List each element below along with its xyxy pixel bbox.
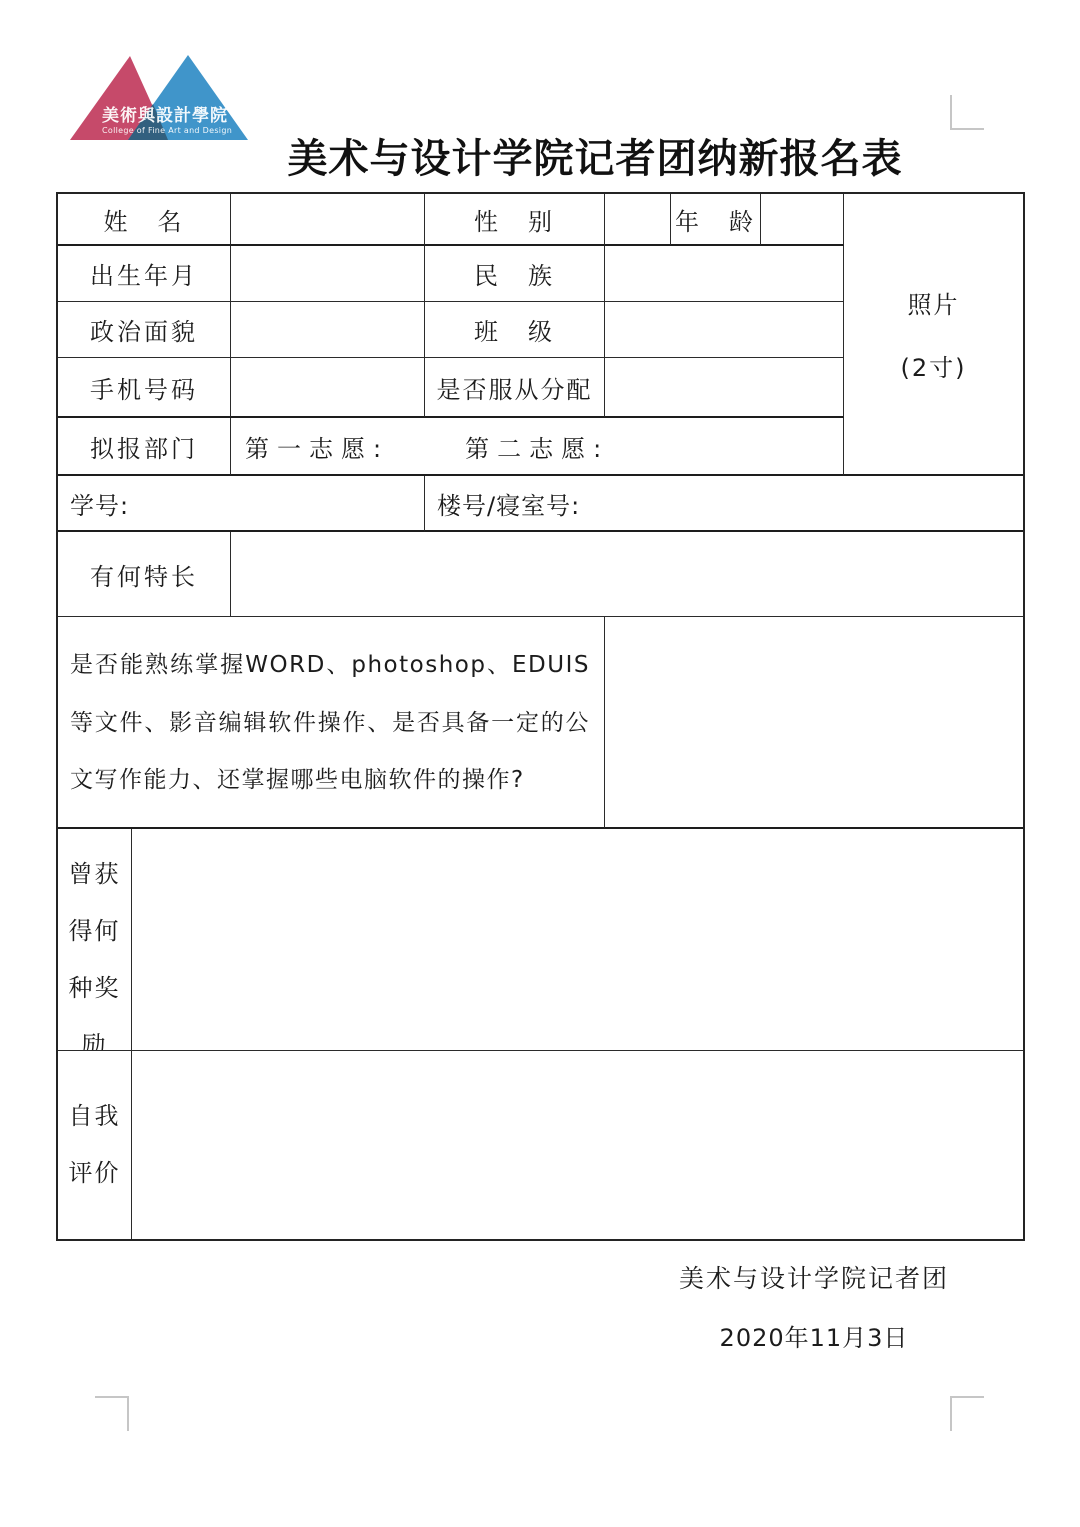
crop-mark-top-right	[950, 95, 984, 130]
crop-mark-bottom-right	[950, 1396, 984, 1431]
logo-name-cn: 美術與設計學院	[102, 107, 242, 126]
birth-label: 出生年月	[58, 246, 231, 302]
photo-size-label: (2寸)	[901, 348, 967, 383]
birth-input-cell[interactable]	[231, 246, 425, 302]
software-skills-answer-cell[interactable]	[605, 617, 1023, 829]
footer-date: 2020年11月3日	[604, 1318, 1024, 1353]
logo-name-en: College of Fine Art and Design	[102, 126, 242, 135]
college-logo: 美術與設計學院 College of Fine Art and Design	[68, 53, 250, 143]
awards-label: 曾获得何种奖励	[58, 829, 132, 1051]
department-choices-cell[interactable]: 第一志愿: 第二志愿:	[231, 418, 844, 476]
crop-mark-bottom-left	[95, 1396, 129, 1431]
class-input-cell[interactable]	[605, 302, 844, 358]
name-input-cell[interactable]	[231, 194, 425, 246]
phone-label: 手机号码	[58, 358, 231, 418]
application-form-table: 姓 名 性 别 年 龄 照片 (2寸) 出生年月 民 族 政治面貌 班 级 手机…	[56, 192, 1025, 1241]
photo-cell[interactable]: 照片 (2寸)	[844, 194, 1023, 476]
first-choice-label: 第一志愿:	[245, 429, 389, 464]
age-input-cell[interactable]	[761, 194, 844, 246]
political-status-input-cell[interactable]	[231, 302, 425, 358]
obey-assignment-input-cell[interactable]	[605, 358, 844, 418]
phone-input-cell[interactable]	[231, 358, 425, 418]
awards-input-cell[interactable]	[132, 829, 1023, 1051]
ethnic-label: 民 族	[425, 246, 605, 302]
obey-assignment-label: 是否服从分配	[425, 358, 605, 418]
department-label: 拟报部门	[58, 418, 231, 476]
age-label: 年 龄	[671, 194, 761, 246]
application-form-page: 美術與設計學院 College of Fine Art and Design 美…	[0, 0, 1080, 1527]
photo-label: 照片	[908, 285, 960, 320]
class-label: 班 级	[425, 302, 605, 358]
gender-label: 性 别	[425, 194, 605, 246]
student-id-cell[interactable]: 学号:	[58, 476, 425, 532]
specialty-input-cell[interactable]	[231, 532, 1023, 617]
ethnic-input-cell[interactable]	[605, 246, 844, 302]
name-label: 姓 名	[58, 194, 231, 246]
footer-organization: 美术与设计学院记者团	[604, 1259, 1024, 1295]
software-skills-question: 是否能熟练掌握WORD、photoshop、EDUIS等文件、影音编辑软件操作、…	[58, 617, 605, 829]
self-evaluation-input-cell[interactable]	[132, 1051, 1023, 1239]
page-title: 美术与设计学院记者团纳新报名表	[235, 127, 955, 184]
student-id-label: 学号:	[70, 486, 129, 521]
dorm-number-cell[interactable]: 楼号/寝室号:	[425, 476, 1023, 532]
logo-text: 美術與設計學院 College of Fine Art and Design	[102, 107, 242, 135]
specialty-label: 有何特长	[58, 532, 231, 617]
self-evaluation-label: 自我评价	[58, 1051, 132, 1239]
dorm-number-label: 楼号/寝室号:	[437, 486, 580, 521]
political-status-label: 政治面貌	[58, 302, 231, 358]
second-choice-label: 第二志愿:	[465, 429, 609, 464]
gender-input-cell[interactable]	[605, 194, 671, 246]
